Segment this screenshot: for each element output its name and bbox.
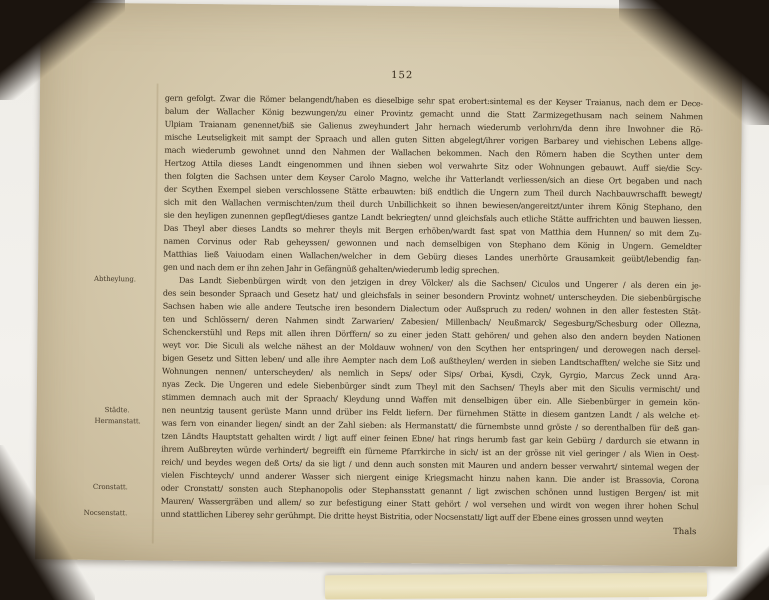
margin-note-abtheylung: Abtheylung. [94,275,136,284]
next-page-edge [325,573,707,600]
margin-note-hermanstatt: Hermanstatt. [95,417,141,426]
margin-note-nocsenstatt: Nocsenstatt. [84,509,128,518]
paragraph-peoples-and-cities: Das Landt Siebenbürgen wirdt von den jet… [161,274,702,527]
book-page: 152 Abtheylung. Städte. Hermanstatt. Cro… [35,2,743,566]
text-block: gern gefolgt. Zwar die Römer belangendt/… [160,92,703,540]
page-crease [151,84,159,544]
margin-note-staedte: Städte. [105,406,130,415]
page-number: 152 [133,67,671,84]
margin-note-cronstatt: Cronstatt. [93,483,128,492]
photo-background: 152 Abtheylung. Städte. Hermanstatt. Cro… [0,0,769,600]
paragraph-history: gern gefolgt. Zwar die Römer belangendt/… [163,92,703,280]
